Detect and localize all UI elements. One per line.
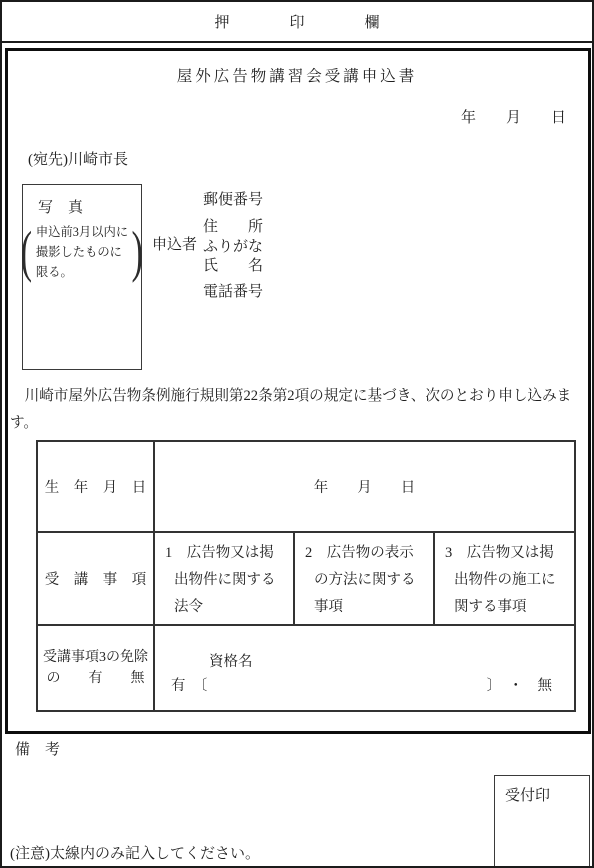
subject-item-3: 3 広告物又は掲出物件の施工に関する事項 [435, 533, 574, 624]
photo-note-text: 申込前3月以内に 撮影したものに 限る。 [36, 222, 128, 282]
addressee-label: (宛先)川崎市長 [28, 148, 128, 169]
address-label: 住 所 [203, 215, 263, 236]
furigana-label: ふりがな [203, 235, 263, 256]
postal-code-label: 郵便番号 [203, 188, 263, 209]
exemption-row: 受講事項3の免除 の 有 無 資格名 有 〔 〕 ・ 無 [38, 624, 574, 710]
reception-stamp-label: 受付印 [505, 784, 589, 805]
left-paren-decoration: ( [21, 221, 33, 282]
exemption-close-no: 〕 ・ 無 [487, 674, 552, 698]
name-label: 氏 名 [203, 254, 263, 275]
birth-date-row: 生 年 月 日 年 月 日 [38, 442, 574, 531]
photo-label: 写 真 [38, 196, 141, 217]
birth-date-value: 年 月 日 [155, 442, 574, 531]
declaration-text: 川崎市屋外広告物条例施行規則第22条第2項の規定に基づき、次のとおり申し込みます… [10, 383, 586, 437]
application-table: 生 年 月 日 年 月 日 受 講 事 項 1 広告物又は掲出物件に関する法令 … [36, 440, 576, 712]
photo-box: 写 真 ( 申込前3月以内に 撮影したものに 限る。 ) [22, 184, 142, 370]
exemption-header: 受講事項3の免除 の 有 無 [38, 626, 155, 710]
photo-note-line: 撮影したものに [36, 245, 122, 259]
date-line: 年 月 日 [461, 106, 566, 127]
exemption-header-line1: 受講事項3の免除 [43, 647, 148, 668]
photo-note-line: 限る。 [36, 265, 73, 279]
exemption-content: 資格名 有 〔 〕 ・ 無 [155, 626, 574, 710]
form-title: 屋外広告物講習会受講申込書 [2, 64, 592, 86]
subject-item-2: 2 広告物の表示の方法に関する事項 [295, 533, 435, 624]
remarks-label: 備 考 [15, 738, 60, 759]
exemption-choice-line: 有 〔 〕 ・ 無 [171, 674, 552, 698]
photo-note-line: 申込前3月以内に [36, 225, 128, 239]
photo-note: ( 申込前3月以内に 撮影したものに 限る。 ) [23, 222, 141, 282]
stamp-column: 押 印 欄 [2, 2, 592, 43]
applicant-label: 申込者 [152, 233, 197, 254]
footer-note: (注意)太線内のみ記入してください。 [10, 842, 260, 863]
birth-date-header: 生 年 月 日 [38, 442, 155, 531]
application-form-page: 押 印 欄 屋外広告物講習会受講申込書 年 月 日 (宛先)川崎市長 写 真 (… [0, 0, 594, 868]
subject-item-1: 1 広告物又は掲出物件に関する法令 [155, 533, 295, 624]
reception-stamp-box: 受付印 [494, 775, 590, 866]
right-paren-decoration: ) [132, 221, 144, 282]
exemption-yes-open: 有 〔 [171, 674, 207, 698]
course-subjects-row: 受 講 事 項 1 広告物又は掲出物件に関する法令 2 広告物の表示の方法に関す… [38, 531, 574, 624]
phone-label: 電話番号 [203, 280, 263, 301]
course-subjects-header: 受 講 事 項 [38, 533, 155, 624]
exemption-header-line2: の 有 無 [47, 668, 145, 689]
qualification-label: 資格名 [171, 650, 552, 674]
stamp-column-label: 押 印 欄 [214, 11, 379, 32]
